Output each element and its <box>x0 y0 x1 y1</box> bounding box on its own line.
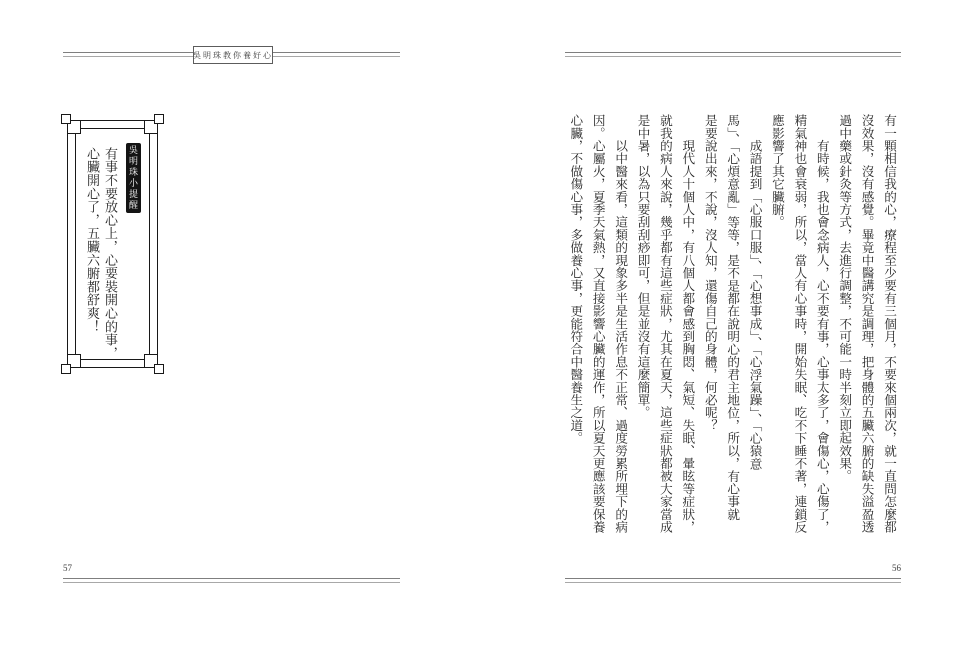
text-column: 沒效果，沒有感覺。畢竟中醫講究是調理，把身體的五臟六腑的缺失溢盈透 <box>855 114 877 535</box>
running-head-label: 吳明珠教你養好心 <box>193 46 273 64</box>
text-column: 就我的病人來說，幾乎都有這些症狀，尤其在夏天，這些症狀都被大家當成 <box>654 114 676 535</box>
footer-rule-left <box>63 578 400 583</box>
footer-rule-right <box>565 578 901 583</box>
frame-corner-ornament <box>141 351 167 377</box>
text-column: 應影響了其它臟腑。 <box>766 114 788 535</box>
page-number-left: 57 <box>63 563 72 573</box>
text-column: 過中藥或針灸等方式，去進行調整，不可能一時半刻立即起效果。 <box>833 114 855 535</box>
body-text: 有一顆相信我的心，療程至少要有三個月，不要來個兩次，就一直問怎麼都沒效果，沒有感… <box>564 114 900 535</box>
text-column: 精氣神也會衰弱，所以，當人有心事時，開始失眠、吃不下睡不著，連鎖反 <box>788 114 810 535</box>
tip-text-column: 有事不要放心上，心要裝開心的事， <box>101 147 119 363</box>
tip-box-text: 有事不要放心上，心要裝開心的事，心臟開心了，五臟六腑都舒爽！ <box>83 147 119 363</box>
running-head-text: 吳明珠教你養好心 <box>193 50 273 61</box>
frame-corner-ornament <box>58 111 84 137</box>
frame-corner-ornament <box>141 111 167 137</box>
text-column: 以中醫來看，這類的現象多半是生活作息不正常、過度勞累所埋下的病 <box>609 114 631 535</box>
text-column: 因。心屬火，夏季天氣熱，又直接影響心臟的運作，所以夏天更應該要保養 <box>586 114 608 535</box>
frame-corner-ornament <box>58 351 84 377</box>
text-column: 有一顆相信我的心，療程至少要有三個月，不要來個兩次，就一直問怎麼都 <box>878 114 900 535</box>
text-column: 有時候，我也會念病人，心不要有事，心事太多了，會傷心，心傷了， <box>810 114 832 535</box>
tip-box: 吳明珠小提醒 有事不要放心上，心要裝開心的事，心臟開心了，五臟六腑都舒爽！ <box>67 120 158 368</box>
running-head-rule-right <box>565 52 901 57</box>
text-column: 現代人十個人中，有八個人都會感到胸悶、氣短、失眠、暈眩等症狀， <box>676 114 698 535</box>
tip-text-column: 心臟開心了，五臟六腑都舒爽！ <box>83 147 101 363</box>
tip-box-label: 吳明珠小提醒 <box>126 143 141 213</box>
text-column: 心臟，不做傷心事，多做養心事，更能符合中醫養生之道。 <box>564 114 586 535</box>
text-column: 馬」、「心煩意亂」等等，是不是都在說明心的君主地位，所以，有心事就 <box>721 114 743 535</box>
text-column: 是中暑，以為只要刮刮痧即可，但是並沒有這麼簡單。 <box>631 114 653 535</box>
text-column: 成語提到「心服口服」、「心想事成」、「心浮氣躁」、「心猿意 <box>743 114 765 535</box>
text-column: 是要說出來，不說，沒人知，還傷自己的身體，何必呢？ <box>698 114 720 535</box>
page-number-right: 56 <box>565 563 901 573</box>
book-spread: 吳明珠教你養好心 吳明珠小提醒 有事不要放心上，心要裝開心的事，心臟開心了，五臟… <box>0 0 964 652</box>
